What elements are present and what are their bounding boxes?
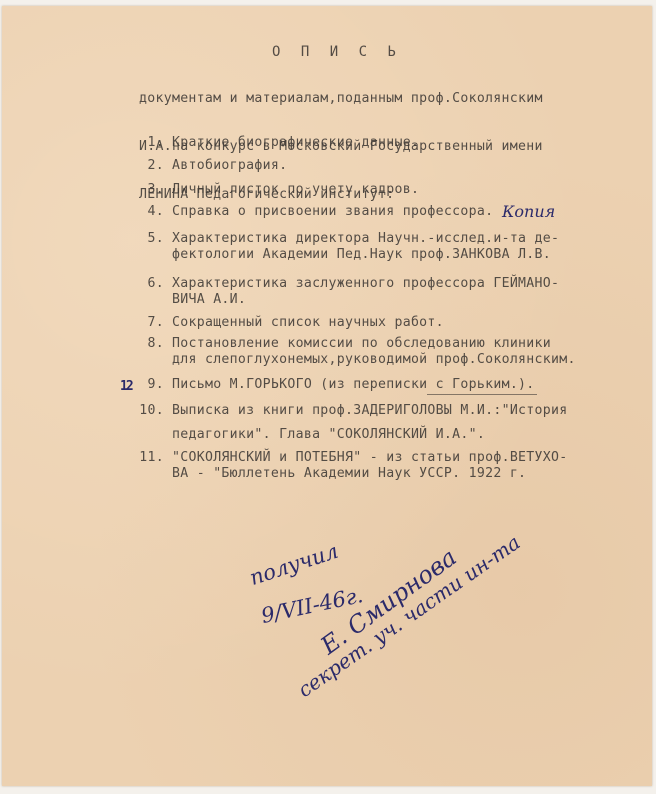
list-item: 6.Характеристика заслуженного профессора…: [136, 276, 559, 308]
item-text: Постановление комиссии по обследованию к…: [172, 336, 551, 351]
item-text: фектологии Академии Пед.Наук проф.ЗАНКОВ…: [136, 247, 559, 263]
list-item: 2.Автобиография.: [136, 158, 287, 174]
item-text: ВИЧА А.И.: [136, 292, 559, 308]
list-item: 5.Характеристика директора Научн.-исслед…: [136, 231, 559, 263]
item-number: 5.: [136, 231, 164, 247]
list-item: 4.Справка о присвоении звания профессора…: [136, 204, 493, 220]
item-text: Сокращенный список научных работ.: [172, 315, 444, 330]
list-item: 8.Постановление комиссии по обследованию…: [136, 336, 576, 368]
item-text: Письмо М.ГОРЬКОГО (из переписки с Горьки…: [172, 377, 535, 392]
item-number: 3.: [136, 182, 164, 198]
item-number: 4.: [136, 204, 164, 220]
item-number: 7.: [136, 315, 164, 331]
item-text: Характеристика директора Научн.-исслед.и…: [172, 231, 559, 246]
intro-line: документам и материалам,поданным проф.Со…: [139, 91, 543, 107]
item-number: 8.: [136, 336, 164, 352]
list-item: 10.Выписка из книги проф.ЗАДЕРИГОЛОВЫ М.…: [136, 403, 568, 443]
item-text: Автобиография.: [172, 158, 287, 173]
item-text: педагогики". Глава "СОКОЛЯНСКИЙ И.А.".: [136, 427, 568, 443]
item-text: Выписка из книги проф.ЗАДЕРИГОЛОВЫ М.И.:…: [172, 403, 568, 418]
item-text: "СОКОЛЯНСКИЙ и ПОТЕБНЯ" - из статьи проф…: [172, 450, 568, 465]
list-item: 1.Краткие биографические данные.: [136, 135, 419, 151]
crossed-out-number: 12: [120, 379, 144, 393]
handwritten-underline: [427, 394, 537, 395]
item-number: 1.: [136, 135, 164, 151]
item-number: 11.: [136, 450, 164, 466]
document-page: О П И С Ь документам и материалам,поданн…: [2, 6, 652, 786]
item-text: Личный листок по учету кадров.: [172, 182, 419, 197]
list-item: 7.Сокращенный список научных работ.: [136, 315, 444, 331]
item-text: Справка о присвоении звания профессора.: [172, 204, 493, 219]
item-text: Характеристика заслуженного профессора Г…: [172, 276, 559, 291]
item-number: 6.: [136, 276, 164, 292]
item-number: 2.: [136, 158, 164, 174]
item-text: для слепоглухонемых,руководимой проф.Сок…: [136, 352, 576, 368]
handwritten-received: получил: [247, 539, 342, 590]
list-item: 3.Личный листок по учету кадров.: [136, 182, 419, 198]
item-text: ВА - "Бюллетень Академии Наук УССР. 1922…: [136, 466, 568, 482]
handwritten-copy-note: Копия: [502, 202, 555, 221]
item-number: 10.: [136, 403, 164, 419]
list-item: 11."СОКОЛЯНСКИЙ и ПОТЕБНЯ" - из статьи п…: [136, 450, 568, 482]
document-title: О П И С Ь: [272, 44, 402, 60]
item-text: Краткие биографические данные.: [172, 135, 419, 150]
list-item: 9.Письмо М.ГОРЬКОГО (из переписки с Горь…: [136, 377, 535, 393]
